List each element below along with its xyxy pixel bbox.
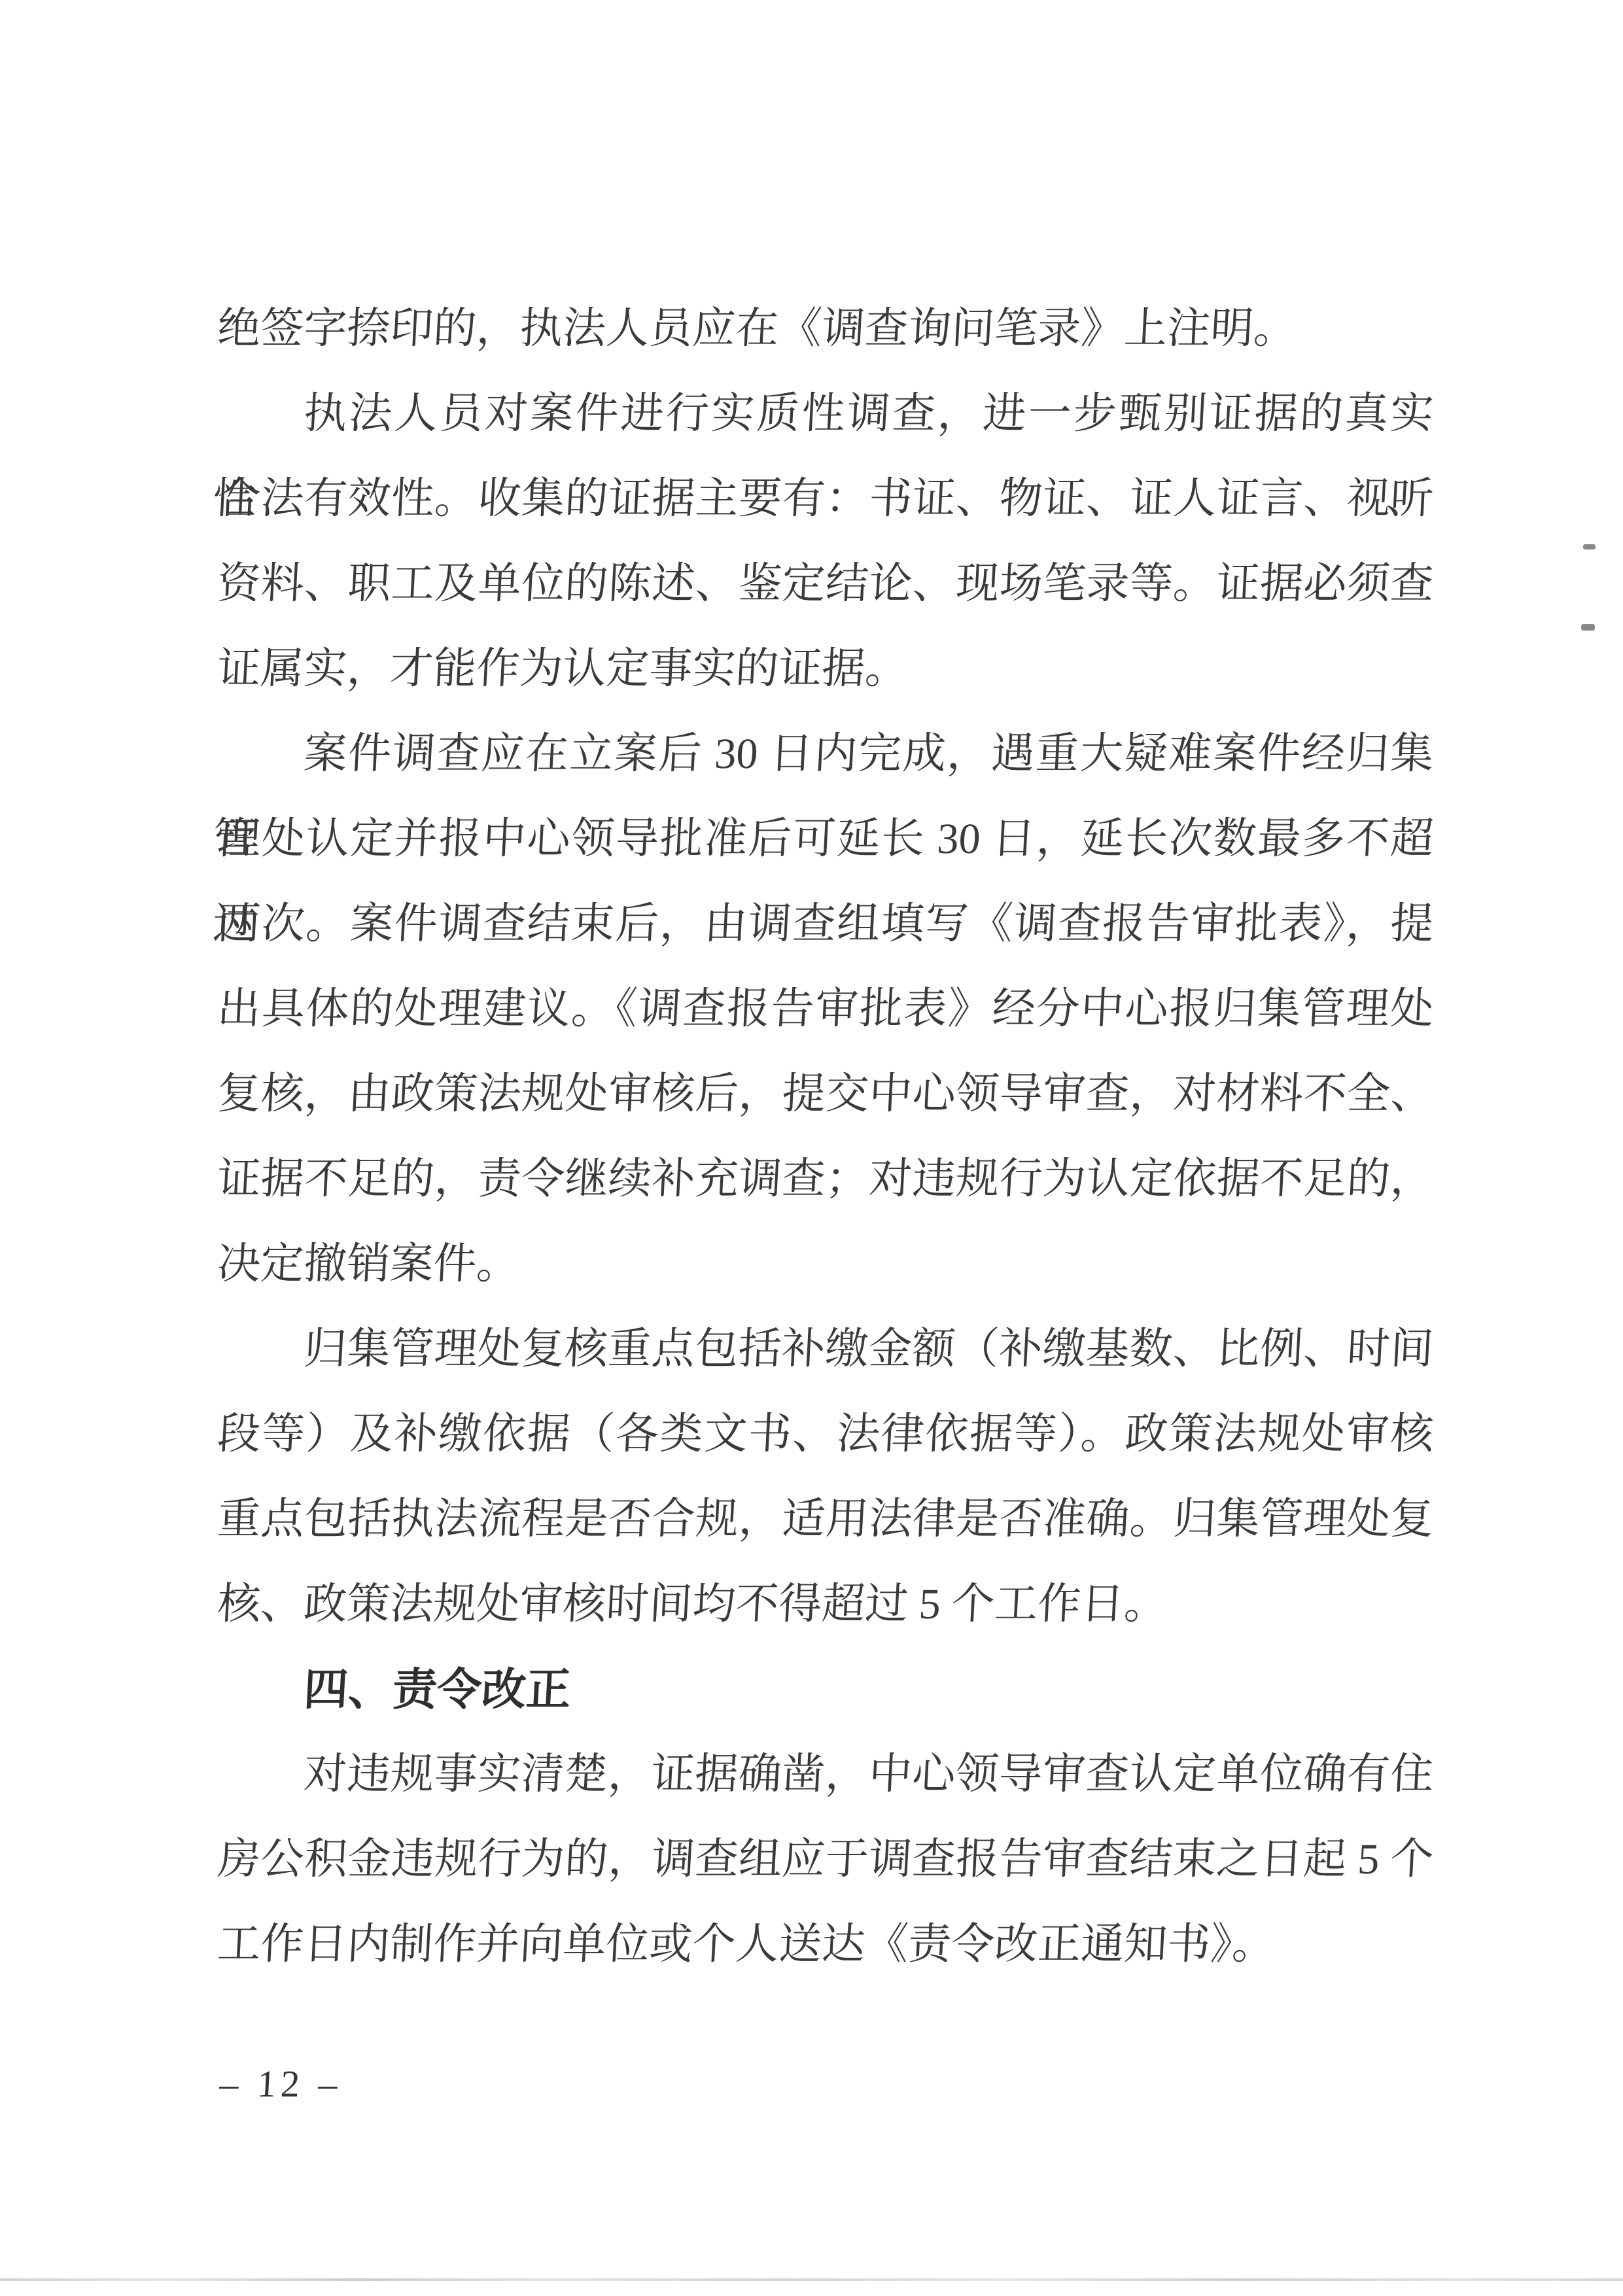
- page-number: – 12 –: [218, 2062, 343, 2106]
- text-line: 出具体的处理建议。《调查报告审批表》经分中心报归集管理处: [215, 967, 1436, 1052]
- text-line: 绝签字捺印的，执法人员应在《调查询问笔录》上注明。: [215, 287, 1436, 372]
- text-line: 理处认定并报中心领导批准后可延长 30 日，延长次数最多不超过: [215, 797, 1436, 882]
- text-line: 对违规事实清楚，证据确凿，中心领导审查认定单位确有住: [215, 1732, 1436, 1817]
- text-line: 合法有效性。收集的证据主要有：书证、物证、证人证言、视听: [215, 457, 1436, 542]
- text-line: 核、政策法规处审核时间均不得超过 5 个工作日。: [215, 1562, 1436, 1647]
- text-line: 资料、职工及单位的陈述、鉴定结论、现场笔录等。证据必须查: [215, 542, 1436, 627]
- text-line: 归集管理处复核重点包括补缴金额（补缴基数、比例、时间: [215, 1307, 1436, 1392]
- scan-speck-1: [1583, 544, 1596, 549]
- text-line: 段等）及补缴依据（各类文书、法律依据等）。政策法规处审核: [215, 1392, 1436, 1477]
- text-line: 两次。案件调查结束后，由调查组填写《调查报告审批表》，提: [215, 882, 1436, 967]
- text-line: 案件调查应在立案后 30 日内完成，遇重大疑难案件经归集管: [215, 712, 1436, 797]
- text-line: 工作日内制作并向单位或个人送达《责令改正通知书》。: [215, 1902, 1436, 1987]
- text-line: 证据不足的，责令继续补充调查；对违规行为认定依据不足的，: [215, 1137, 1436, 1222]
- text-line: 房公积金违规行为的，调查组应于调查报告审查结束之日起 5 个: [215, 1817, 1436, 1902]
- text-line: 复核，由政策法规处审核后，提交中心领导审查，对材料不全、: [215, 1052, 1436, 1137]
- section-heading: 四、责令改正: [215, 1647, 1436, 1732]
- page: 绝签字捺印的，执法人员应在《调查询问笔录》上注明。执法人员对案件进行实质性调查，…: [0, 0, 1623, 2296]
- text-line: 重点包括执法流程是否合规，适用法律是否准确。归集管理处复: [215, 1477, 1436, 1562]
- text-line: 执法人员对案件进行实质性调查，进一步甄别证据的真实性、: [215, 372, 1436, 457]
- page-bottom-edge-line: [0, 2278, 1623, 2281]
- text-line: 决定撤销案件。: [215, 1222, 1436, 1307]
- document-body: 绝签字捺印的，执法人员应在《调查询问笔录》上注明。执法人员对案件进行实质性调查，…: [217, 287, 1433, 1987]
- text-line: 证属实，才能作为认定事实的证据。: [215, 627, 1436, 712]
- scan-speck-2: [1581, 624, 1595, 631]
